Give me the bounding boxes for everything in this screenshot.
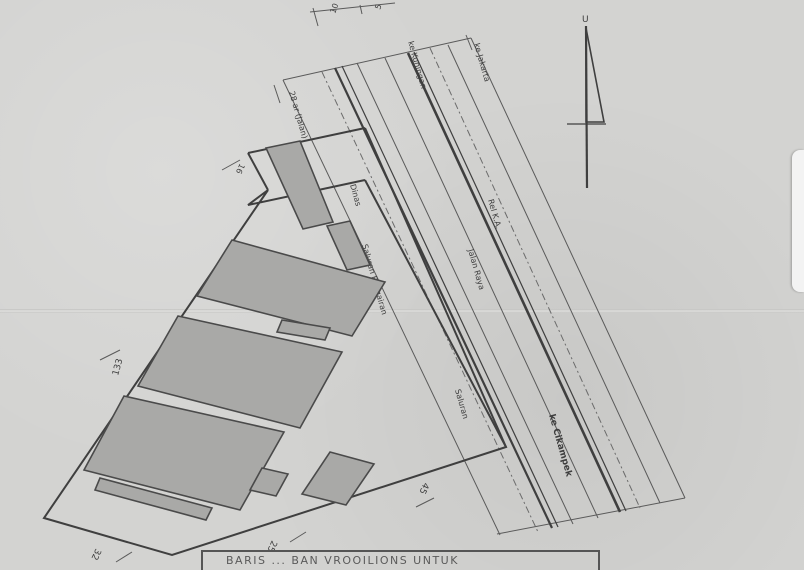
strip-label: Dinas bbox=[348, 183, 363, 207]
road-label-right: ke Cikampek bbox=[546, 413, 574, 479]
top-scale: 10 5 bbox=[310, 2, 395, 26]
svg-text:32: 32 bbox=[88, 547, 102, 562]
svg-text:45: 45 bbox=[416, 481, 430, 496]
road-label-top-right: ke Jakarta bbox=[472, 42, 492, 83]
title-block-text: BARIS ... BAN VROOILIONS UNTUK bbox=[226, 554, 459, 567]
svg-text:10: 10 bbox=[328, 2, 340, 15]
road-label-top-left: 28 ar (Jalan) bbox=[287, 90, 309, 140]
buildings bbox=[84, 141, 385, 520]
strip-label: Saluran bbox=[453, 388, 470, 420]
building-north-strip bbox=[266, 141, 333, 229]
svg-text:133: 133 bbox=[111, 358, 125, 377]
north-arrow-icon: U bbox=[567, 15, 606, 188]
svg-text:U: U bbox=[582, 15, 589, 25]
road-label-left: ke Kuningan bbox=[406, 40, 428, 90]
building-outhouse bbox=[302, 452, 374, 505]
site-plan-drawing: 10 5 28 ar (Jalan) ke Kuningan ke Jakart… bbox=[0, 0, 804, 570]
svg-text:16: 16 bbox=[234, 162, 246, 175]
